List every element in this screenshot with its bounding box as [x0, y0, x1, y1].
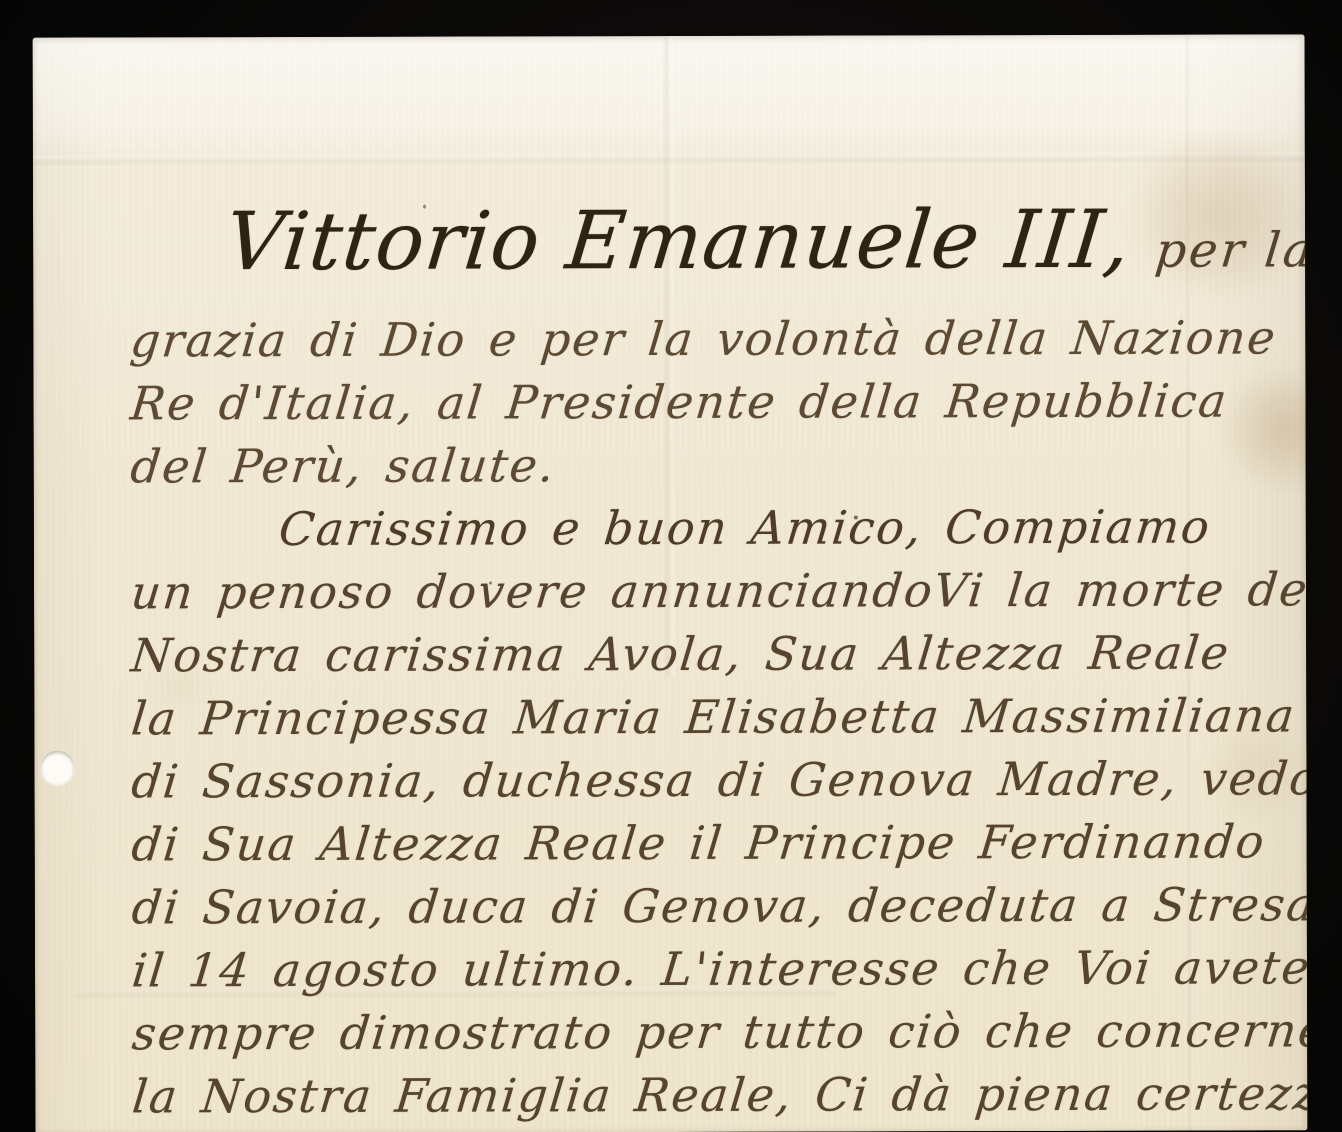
- letter-line: la Principessa Maria Elisabetta Massimil…: [128, 684, 1284, 750]
- letter-heading: Vittorio Emanuele III,per la: [221, 192, 1307, 288]
- letter-line: Re d'Italia, al Presidente della Repubbl…: [128, 369, 1284, 435]
- letter-line: di Savoia, duca di Genova, deceduta a St…: [129, 873, 1285, 939]
- scan-backdrop: Vittorio Emanuele III,per la grazia di D…: [0, 0, 1342, 1132]
- heading-continuation: per la: [1153, 222, 1308, 278]
- letter-line: Carissimo e buon Amico, Compiamo: [276, 495, 1284, 561]
- letter-line: di Sassonia, duchessa di Genova Madre, v…: [129, 747, 1285, 813]
- letter-line: grazia di Dio e per la volontà della Naz…: [127, 306, 1283, 372]
- letter-line: sempre dimostrato per tutto ciò che conc…: [129, 999, 1285, 1065]
- letter-lines: grazia di Dio e per la volontà della Naz…: [127, 306, 1279, 1128]
- punch-hole: [40, 751, 74, 785]
- letter-line: di Sua Altezza Reale il Principe Ferdina…: [129, 810, 1285, 876]
- letter-line: la Nostra Famiglia Reale, Ci dà piena ce…: [129, 1062, 1285, 1128]
- letter-page: Vittorio Emanuele III,per la grazia di D…: [33, 34, 1308, 1132]
- letter-line: del Perù, salute.: [128, 432, 1284, 498]
- letter-line: Nostra carissima Avola, Sua Altezza Real…: [128, 621, 1284, 687]
- letter-line: un penoso dovere annunciandoVi la morte …: [128, 558, 1284, 624]
- royal-title: Vittorio Emanuele III,: [221, 193, 1135, 288]
- letter-line: il 14 agosto ultimo. L'interesse che Voi…: [129, 936, 1285, 1002]
